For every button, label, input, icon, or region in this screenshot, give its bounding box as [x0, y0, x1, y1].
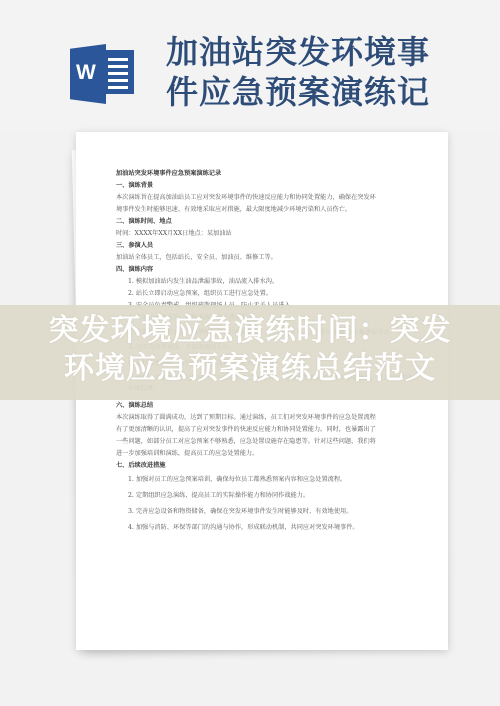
paragraph: 加油站全体员工，包括站长、安全员、加油员、维修工等。	[116, 252, 416, 264]
word-document-icon: W	[70, 44, 134, 104]
word-icon-letter: W	[76, 61, 96, 85]
banner-line-2: 环境应急预案演练总结范文	[0, 350, 500, 388]
list-item: 2. 定期组织应急演练，提高员工的实际操作能力和协同作战能力。	[116, 490, 416, 502]
paragraph: 一些问题，如部分员工对应急预案不够熟悉，应急处置设施存在隐患等。针对这些问题，我…	[116, 436, 416, 448]
title-line-2: 件应急预案演练记	[166, 72, 436, 112]
paragraph: 时间：XXXX年XX月XX日地点：某加油站	[116, 228, 416, 240]
list-item: 4. 加强与消防、环保等部门的沟通与协作，形成联动机制，共同应对突发环境事件。	[116, 522, 416, 534]
list-item: 3. 完善应急设备和物资储备，确保在突发环境事件发生时能够及时、有效地使用。	[116, 506, 416, 518]
paragraph: 进一步加强培训和演练，提高员工的应急处置能力。	[116, 448, 416, 460]
list-item: 1. 模拟加油站内发生油品泄漏事故，油品流入排水沟。	[116, 276, 416, 288]
title-line-1: 加油站突发环境事	[166, 32, 436, 72]
doc-title: 加油站突发环境事件应急预案演练记录	[116, 168, 416, 180]
list-item: 2. 站长立即启动应急预案，组织员工进行应急处置。	[116, 288, 416, 300]
paragraph: 境事件发生时能够迅速、有效地采取应对措施，最大限度地减少环境污染和人员伤亡。	[116, 204, 416, 216]
section-heading: 一、演练背景	[116, 180, 416, 192]
header: W 加油站突发环境事 件应急预案演练记	[0, 0, 500, 130]
paragraph: 本次演练旨在提高加油站员工应对突发环境事件的快速反应能力和协同处置能力，确保在突…	[116, 192, 416, 204]
section-heading: 七、后续改进措施	[116, 460, 416, 472]
section-heading: 四、演练内容	[116, 264, 416, 276]
section-heading: 二、演练时间、地点	[116, 216, 416, 228]
section-heading: 六、演练总结	[116, 400, 416, 412]
banner-line-1: 突发环境应急演练时间：突发	[0, 312, 500, 350]
banner-headline: 突发环境应急演练时间：突发 环境应急预案演练总结范文	[0, 312, 500, 388]
section-heading: 三、参演人员	[116, 240, 416, 252]
paragraph: 本次演练取得了圆满成功，达到了预期目标。通过演练，员工们对突发环境事件的应急处置…	[116, 412, 416, 424]
page-title: 加油站突发环境事 件应急预案演练记	[166, 32, 436, 112]
list-item: 1. 加强对员工的应急预案培训，确保每位员工都熟悉预案内容和应急处置流程。	[116, 474, 416, 486]
paragraph: 有了更加清晰的认识，提高了应对突发事件的快速反应能力和协同处置能力。同时，也暴露…	[116, 424, 416, 436]
